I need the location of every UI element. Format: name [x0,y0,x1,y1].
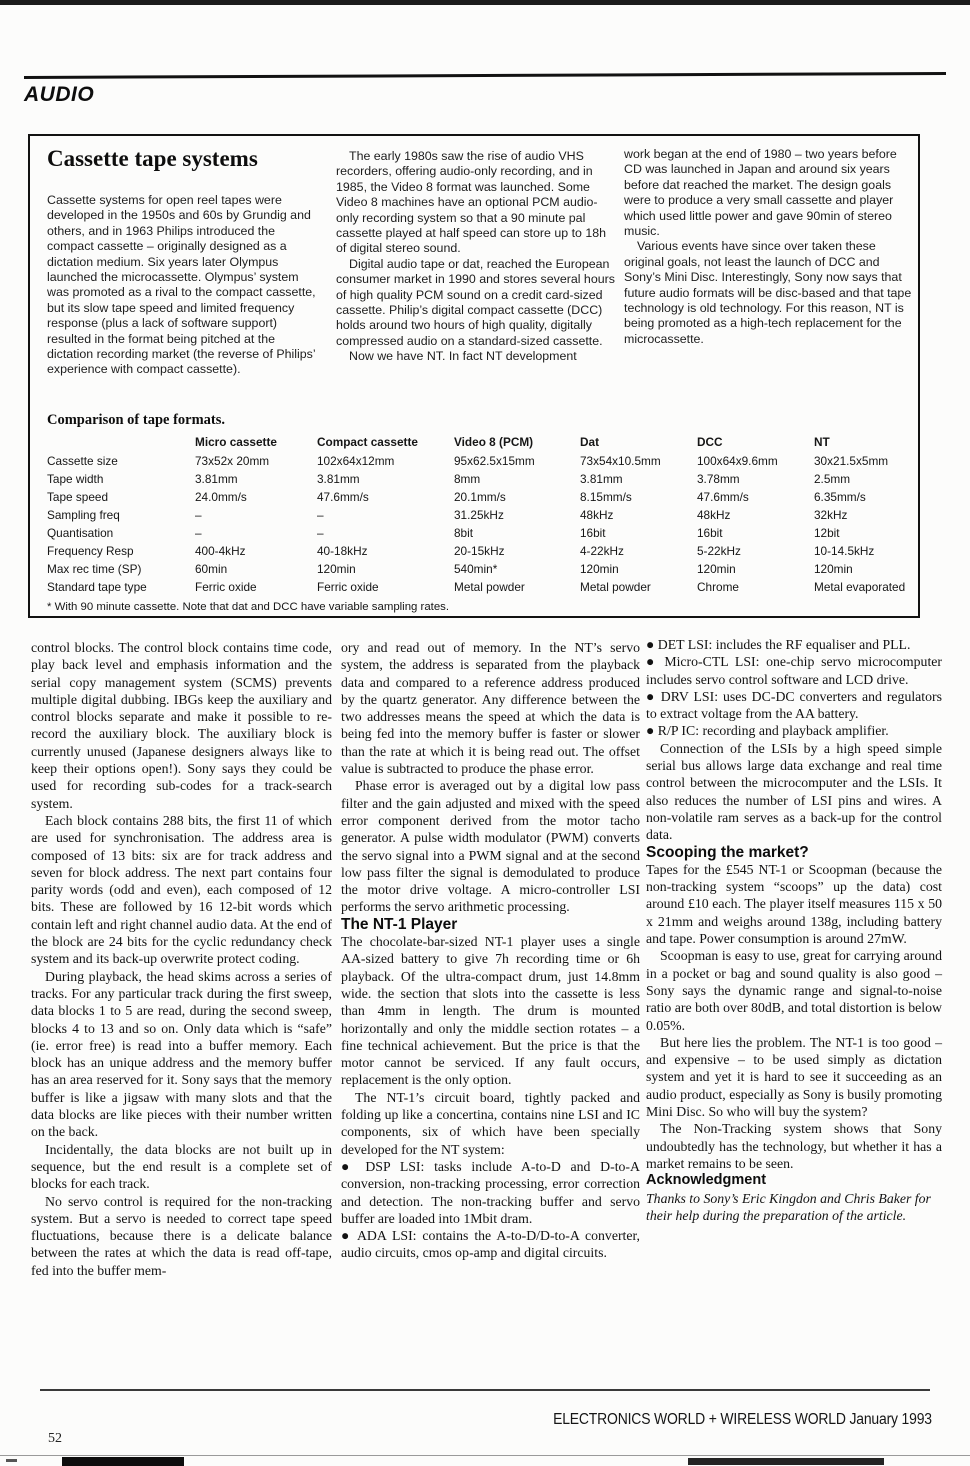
table-row: Quantisation – – 8bit 16bit 16bit 12bit [47,524,909,542]
cell: 30x21.5x5mm [814,452,909,470]
bullet-item: ● DET LSI: includes the RF equaliser and… [646,636,942,653]
tape-formats-section: Comparison of tape formats. Micro casset… [47,412,909,613]
cell: 40-18kHz [317,542,454,560]
row-label: Quantisation [47,524,195,542]
cell: 16bit [697,524,814,542]
cell: 73x52x 20mm [195,452,317,470]
cell: Metal evaporated [814,578,909,596]
cell: – [195,524,317,542]
article-title: Cassette tape systems [47,146,258,172]
paragraph: Scoopman is easy to use, great for carry… [646,947,942,1033]
table-footnote: * With 90 minute cassette. Note that dat… [47,601,909,613]
cell: 20.1mm/s [454,488,580,506]
row-label: Cassette size [47,452,195,470]
paragraph: The NT-1’s circuit board, tightly packed… [341,1089,640,1158]
cell: 31.25kHz [454,506,580,524]
intro-column-1: Cassette systems for open reel tapes wer… [47,193,323,378]
paragraph: No servo control is required for the non… [31,1193,332,1279]
heading-nt1-player: The NT-1 Player [341,916,640,933]
cell: 8.15mm/s [580,488,697,506]
acknowledgment-text: Thanks to Sony’s Eric Kingdon and Chris … [646,1190,942,1225]
column-header [47,433,195,452]
cell: 120min [580,560,697,578]
paragraph: Cassette systems for open reel tapes wer… [47,193,323,378]
table-row: Tape width 3.81mm 3.81mm 8mm 3.81mm 3.78… [47,470,909,488]
table-row: Frequency Resp 400-4kHz 40-18kHz 20-15kH… [47,542,909,560]
cell: 24.0mm/s [195,488,317,506]
cell: 100x64x9.6mm [697,452,814,470]
table-title: Comparison of tape formats. [47,412,909,429]
tape-formats-table: Micro cassette Compact cassette Video 8 … [47,433,909,596]
bullet-item: ● DRV LSI: uses DC-DC converters and reg… [646,688,942,723]
row-label: Max rec time (SP) [47,560,195,578]
cell: 120min [697,560,814,578]
paragraph: Each block contains 288 bits, the first … [31,812,332,968]
table-row: Sampling freq – – 31.25kHz 48kHz 48kHz 3… [47,506,909,524]
column-header: DCC [697,433,814,452]
scan-edge-top [0,0,970,5]
table-row: Max rec time (SP) 60min 120min 540min* 1… [47,560,909,578]
intro-column-2: The early 1980s saw the rise of audio VH… [336,149,618,365]
column-header: Compact cassette [317,433,454,452]
scan-artifact [62,1457,184,1466]
scan-artifact [688,1458,884,1465]
cell: Metal powder [454,578,580,596]
cell: 3.81mm [580,470,697,488]
heading-scooping-the-market: Scooping the market? [646,844,942,861]
cell: 73x54x10.5mm [580,452,697,470]
cell: 120min [814,560,909,578]
paragraph: The early 1980s saw the rise of audio VH… [336,149,618,257]
cell: – [317,524,454,542]
scan-artifact [6,1459,17,1462]
body-column-2: ory and read out of memory. In the NT’s … [341,639,640,1262]
row-label: Tape width [47,470,195,488]
table-row: Standard tape type Ferric oxide Ferric o… [47,578,909,596]
paragraph: control blocks. The control block contai… [31,639,332,812]
paragraph: work began at the end of 1980 – two year… [624,147,914,239]
bullet-item: ● DSP LSI: tasks include A-to-D and D-to… [341,1158,640,1227]
cell: 2.5mm [814,470,909,488]
cell: 3.78mm [697,470,814,488]
cell: 60min [195,560,317,578]
paragraph: Incidentally, the data blocks are not bu… [31,1141,332,1193]
cell: Metal powder [580,578,697,596]
cell: 95x62.5x15mm [454,452,580,470]
paragraph: Digital audio tape or dat, reached the E… [336,257,618,349]
cell: 3.81mm [195,470,317,488]
cell: 540min* [454,560,580,578]
row-label: Standard tape type [47,578,195,596]
bullet-item: ● R/P IC: recording and playback amplifi… [646,722,942,739]
table-row: Cassette size 73x52x 20mm 102x64x12mm 95… [47,452,909,470]
paragraph: Phase error is averaged out by a digital… [341,777,640,915]
cell: 102x64x12mm [317,452,454,470]
paragraph: The Non-Tracking system shows that Sony … [646,1120,942,1172]
intro-box: Cassette tape systems Cassette systems f… [28,134,920,618]
cell: 12bit [814,524,909,542]
page-number: 52 [48,1431,62,1447]
column-header: Video 8 (PCM) [454,433,580,452]
row-label: Frequency Resp [47,542,195,560]
cell: Ferric oxide [195,578,317,596]
paragraph: Tapes for the £545 NT-1 or Scoopman (bec… [646,861,942,947]
body-column-1: control blocks. The control block contai… [31,639,332,1279]
acknowledgment-heading: Acknowledgment [646,1172,942,1189]
paragraph: Various events have since over taken the… [624,239,914,347]
intro-column-3: work began at the end of 1980 – two year… [624,147,914,347]
cell: 400-4kHz [195,542,317,560]
cell: 20-15kHz [454,542,580,560]
cell: 5-22kHz [697,542,814,560]
row-label: Sampling freq [47,506,195,524]
cell: 48kHz [580,506,697,524]
cell: – [317,506,454,524]
cell: 6.35mm/s [814,488,909,506]
paragraph: During playback, the head skims across a… [31,968,332,1141]
masthead-rule [24,72,946,79]
scan-edge-bottom [0,1455,970,1456]
cell: 47.6mm/s [317,488,454,506]
cell: 8mm [454,470,580,488]
cell: Ferric oxide [317,578,454,596]
cell: 3.81mm [317,470,454,488]
cell: 32kHz [814,506,909,524]
cell: 47.6mm/s [697,488,814,506]
bullet-item: ● Micro-CTL LSI: one-chip servo microcom… [646,653,942,688]
column-header: Dat [580,433,697,452]
cell: – [195,506,317,524]
cell: 120min [317,560,454,578]
body-column-3: ● DET LSI: includes the RF equaliser and… [646,636,942,1224]
paragraph: ory and read out of memory. In the NT’s … [341,639,640,777]
footer-rule [40,1389,930,1391]
column-header: NT [814,433,909,452]
table-header-row: Micro cassette Compact cassette Video 8 … [47,433,909,452]
section-label: AUDIO [24,83,94,107]
cell: Chrome [697,578,814,596]
cell: 48kHz [697,506,814,524]
magazine-page: AUDIO Cassette tape systems Cassette sys… [0,0,970,1466]
cell: 10-14.5kHz [814,542,909,560]
paragraph: Now we have NT. In fact NT development [336,349,618,364]
table-row: Tape speed 24.0mm/s 47.6mm/s 20.1mm/s 8.… [47,488,909,506]
paragraph: But here lies the problem. The NT-1 is t… [646,1034,942,1120]
column-header: Micro cassette [195,433,317,452]
cell: 8bit [454,524,580,542]
journal-title: ELECTRONICS WORLD + WIRELESS WORLD Janua… [553,1411,932,1429]
paragraph: The chocolate-bar-sized NT-1 player uses… [341,933,640,1089]
paragraph: Connection of the LSIs by a high speed s… [646,740,942,844]
cell: 4-22kHz [580,542,697,560]
row-label: Tape speed [47,488,195,506]
cell: 16bit [580,524,697,542]
bullet-item: ● ADA LSI: contains the A-to-D/D-to-A co… [341,1227,640,1262]
